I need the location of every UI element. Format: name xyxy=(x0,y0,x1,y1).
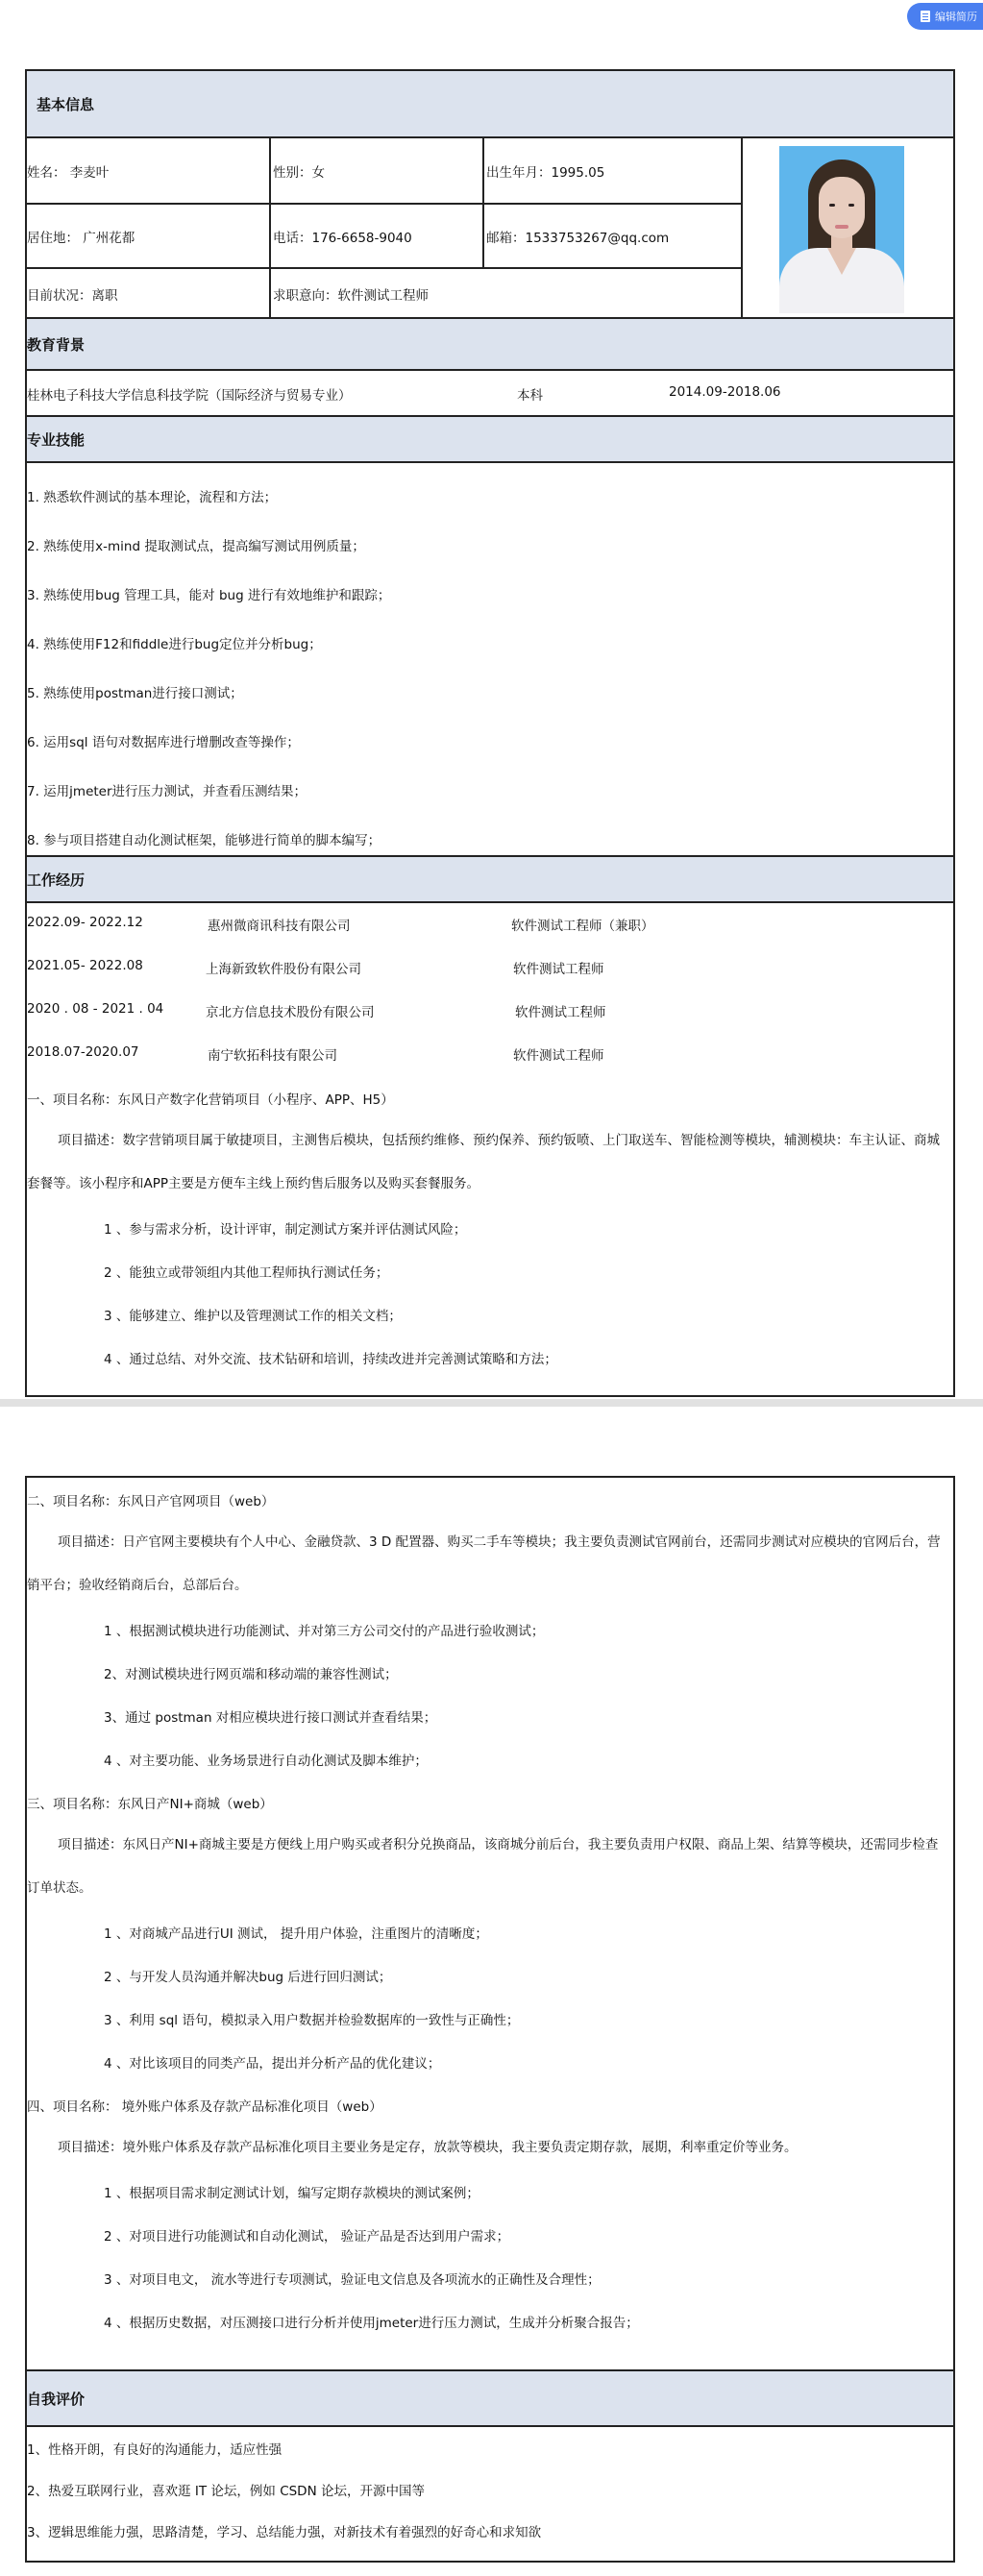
email-field: 邮箱：1533753267@qq.com xyxy=(486,205,669,267)
project-duty: 2 、与开发人员沟通并解决bug 后进行回归测试； xyxy=(27,1953,953,1997)
education-row: 桂林电子科技大学信息科技学院（国际经济与贸易专业） 本科 2014.09-201… xyxy=(27,371,953,417)
project-duty: 4 、通过总结、对外交流、技术钻研和培训，持续改进并完善测试策略和方法； xyxy=(27,1336,953,1379)
job-company: 京北方信息技术股份有限公司 xyxy=(206,1001,375,1020)
birth-field: 出生年月：1995.05 xyxy=(486,138,604,203)
job-period: 2018.07-2020.07 xyxy=(27,1044,139,1060)
edit-resume-button[interactable]: 编辑简历 xyxy=(907,3,983,30)
job-role: 软件测试工程师（兼职） xyxy=(511,915,654,934)
job-row: 2022.09- 2022.12 惠州微商讯科技有限公司 软件测试工程师（兼职） xyxy=(27,903,953,946)
project-2: 二、项目名称：东风日产官网项目（web） 项目描述：日产官网主要模块有个人中心、… xyxy=(27,1478,953,1780)
job-role: 软件测试工程师 xyxy=(515,1001,606,1020)
skill-item: 3. 熟练使用bug 管理工具，能对 bug 进行有效地维护和跟踪； xyxy=(27,569,953,618)
project-duty: 1 、参与需求分析，设计评审，制定测试方案并评估测试风险； xyxy=(27,1206,953,1249)
self-eval-item: 2、热爱互联网行业，喜欢逛 IT 论坛，例如 CSDN 论坛，开源中国等 xyxy=(27,2468,953,2510)
gender-field: 性别：女 xyxy=(273,138,325,203)
self-eval-item: 1、性格开朗，有良好的沟通能力，适应性强 xyxy=(27,2427,953,2468)
project-title: 三、项目名称：东风日产NI+商城（web） xyxy=(27,1780,953,1824)
document-icon xyxy=(921,11,930,22)
job-row: 2020 . 08 - 2021 . 04 京北方信息技术股份有限公司 软件测试… xyxy=(27,990,953,1033)
skill-item: 7. 运用jmeter进行压力测试，并查看压测结果； xyxy=(27,765,953,814)
job-role: 软件测试工程师 xyxy=(513,1044,604,1064)
project-duty: 3 、能够建立、维护以及管理测试工作的相关文档； xyxy=(27,1292,953,1336)
job-period: 2022.09- 2022.12 xyxy=(27,915,143,930)
section-title: 基本信息 xyxy=(37,94,94,114)
project-duty: 3 、利用 sql 语句，模拟录入用户数据并检验数据库的一致性与正确性； xyxy=(27,1997,953,2040)
project-description: 项目描述：东风日产NI+商城主要是方便线上用户购买或者积分兑换商品，该商城分前后… xyxy=(27,1824,953,1910)
study-period: 2014.09-2018.06 xyxy=(669,384,781,400)
section-header-basic-info: 基本信息 xyxy=(27,71,953,138)
project-title: 二、项目名称：东风日产官网项目（web） xyxy=(27,1478,953,1521)
skills-list: 1. 熟悉软件测试的基本理论，流程和方法； 2. 熟练使用x-mind 提取测试… xyxy=(27,463,953,857)
project-duty: 4 、对主要功能、业务场景进行自动化测试及脚本维护； xyxy=(27,1737,953,1780)
project-duty: 3 、对项目电文， 流水等进行专项测试，验证电文信息及各项流水的正确性及合理性； xyxy=(27,2256,953,2299)
project-duty: 1 、根据项目需求制定测试计划，编写定期存款模块的测试案例； xyxy=(27,2170,953,2213)
section-title: 专业技能 xyxy=(27,429,85,450)
divider xyxy=(269,138,271,319)
section-header-education: 教育背景 xyxy=(27,319,953,371)
job-row: 2018.07-2020.07 南宁软拓科技有限公司 软件测试工程师 xyxy=(27,1033,953,1076)
section-title: 工作经历 xyxy=(27,870,85,890)
job-period: 2021.05- 2022.08 xyxy=(27,958,143,973)
intention-field: 求职意向：软件测试工程师 xyxy=(273,269,429,319)
job-period: 2020 . 08 - 2021 . 04 xyxy=(27,1001,163,1017)
skill-item: 2. 熟练使用x-mind 提取测试点，提高编写测试用例质量； xyxy=(27,520,953,569)
skill-item: 1. 熟悉软件测试的基本理论，流程和方法； xyxy=(27,471,953,520)
project-duty: 4 、对比该项目的同类产品，提出并分析产品的优化建议； xyxy=(27,2040,953,2083)
self-eval-item: 3、逻辑思维能力强，思路清楚，学习、总结能力强，对新技术有着强烈的好奇心和求知欲 xyxy=(27,2510,953,2551)
self-eval-list: 1、性格开朗，有良好的沟通能力，适应性强 2、热爱互联网行业，喜欢逛 IT 论坛… xyxy=(27,2427,953,2551)
job-company: 南宁软拓科技有限公司 xyxy=(208,1044,337,1064)
project-duty: 4 、根据历史数据，对压测接口进行分析并使用jmeter进行压力测试，生成并分析… xyxy=(27,2299,953,2343)
project-description: 项目描述：数字营销项目属于敏捷项目，主测售后模块，包括预约维修、预约保养、预约钣… xyxy=(27,1119,953,1206)
school: 桂林电子科技大学信息科技学院（国际经济与贸易专业） xyxy=(27,384,352,404)
skill-item: 6. 运用sql 语句对数据库进行增删改查等操作； xyxy=(27,716,953,765)
edit-resume-label: 编辑简历 xyxy=(935,9,977,24)
section-header-work: 工作经历 xyxy=(27,857,953,903)
page-break xyxy=(0,1399,983,1407)
degree: 本科 xyxy=(517,384,543,404)
job-company: 上海新致软件股份有限公司 xyxy=(206,958,361,977)
resume-page-2: 二、项目名称：东风日产官网项目（web） 项目描述：日产官网主要模块有个人中心、… xyxy=(25,1476,955,2563)
profile-photo xyxy=(779,146,904,313)
residence-field: 居住地： 广州花都 xyxy=(27,205,135,267)
job-row: 2021.05- 2022.08 上海新致软件股份有限公司 软件测试工程师 xyxy=(27,946,953,990)
project-description: 项目描述：境外账户体系及存款产品标准化项目主要业务是定存，放款等模块，我主要负责… xyxy=(27,2126,953,2170)
skill-item: 8. 参与项目搭建自动化测试框架，能够进行简单的脚本编写； xyxy=(27,814,953,863)
project-duty: 1 、根据测试模块进行功能测试、并对第三方公司交付的产品进行验收测试； xyxy=(27,1607,953,1651)
job-role: 软件测试工程师 xyxy=(513,958,604,977)
project-4: 四、项目名称： 境外账户体系及存款产品标准化项目（web） 项目描述：境外账户体… xyxy=(27,2083,953,2343)
project-title: 一、项目名称：东风日产数字化营销项目（小程序、APP、H5） xyxy=(27,1076,953,1119)
job-company: 惠州微商讯科技有限公司 xyxy=(208,915,351,934)
resume-page-1: 基本信息 姓名： 李麦叶 性别：女 出生年月：1995.05 居住地： 广州花都… xyxy=(25,69,955,1397)
project-duty: 3、通过 postman 对相应模块进行接口测试并查看结果； xyxy=(27,1694,953,1737)
status-field: 目前状况：离职 xyxy=(27,269,118,319)
section-header-skills: 专业技能 xyxy=(27,417,953,463)
project-duty: 2 、对项目进行功能测试和自动化测试， 验证产品是否达到用户需求； xyxy=(27,2213,953,2256)
project-description: 项目描述：日产官网主要模块有个人中心、金融贷款、3 D 配置器、购买二手车等模块… xyxy=(27,1521,953,1607)
divider xyxy=(741,138,743,319)
job-list: 2022.09- 2022.12 惠州微商讯科技有限公司 软件测试工程师（兼职）… xyxy=(27,903,953,1076)
section-header-self-eval: 自我评价 xyxy=(27,2369,953,2427)
project-duty: 2、对测试模块进行网页端和移动端的兼容性测试； xyxy=(27,1651,953,1694)
skill-item: 5. 熟练使用postman进行接口测试； xyxy=(27,667,953,716)
skill-item: 4. 熟练使用F12和fiddle进行bug定位并分析bug； xyxy=(27,618,953,667)
phone-field: 电话：176-6658-9040 xyxy=(273,205,412,267)
project-duty: 2 、能独立或带领组内其他工程师执行测试任务； xyxy=(27,1249,953,1292)
project-3: 三、项目名称：东风日产NI+商城（web） 项目描述：东风日产NI+商城主要是方… xyxy=(27,1780,953,2083)
section-title: 教育背景 xyxy=(27,334,85,355)
name-field: 姓名： 李麦叶 xyxy=(27,138,109,203)
project-1: 一、项目名称：东风日产数字化营销项目（小程序、APP、H5） 项目描述：数字营销… xyxy=(27,1076,953,1379)
section-title: 自我评价 xyxy=(27,2389,85,2409)
basic-info-table: 姓名： 李麦叶 性别：女 出生年月：1995.05 居住地： 广州花都 电话：1… xyxy=(27,138,953,319)
project-title: 四、项目名称： 境外账户体系及存款产品标准化项目（web） xyxy=(27,2083,953,2126)
project-duty: 1 、对商城产品进行UI 测试， 提升用户体验，注重图片的清晰度； xyxy=(27,1910,953,1953)
